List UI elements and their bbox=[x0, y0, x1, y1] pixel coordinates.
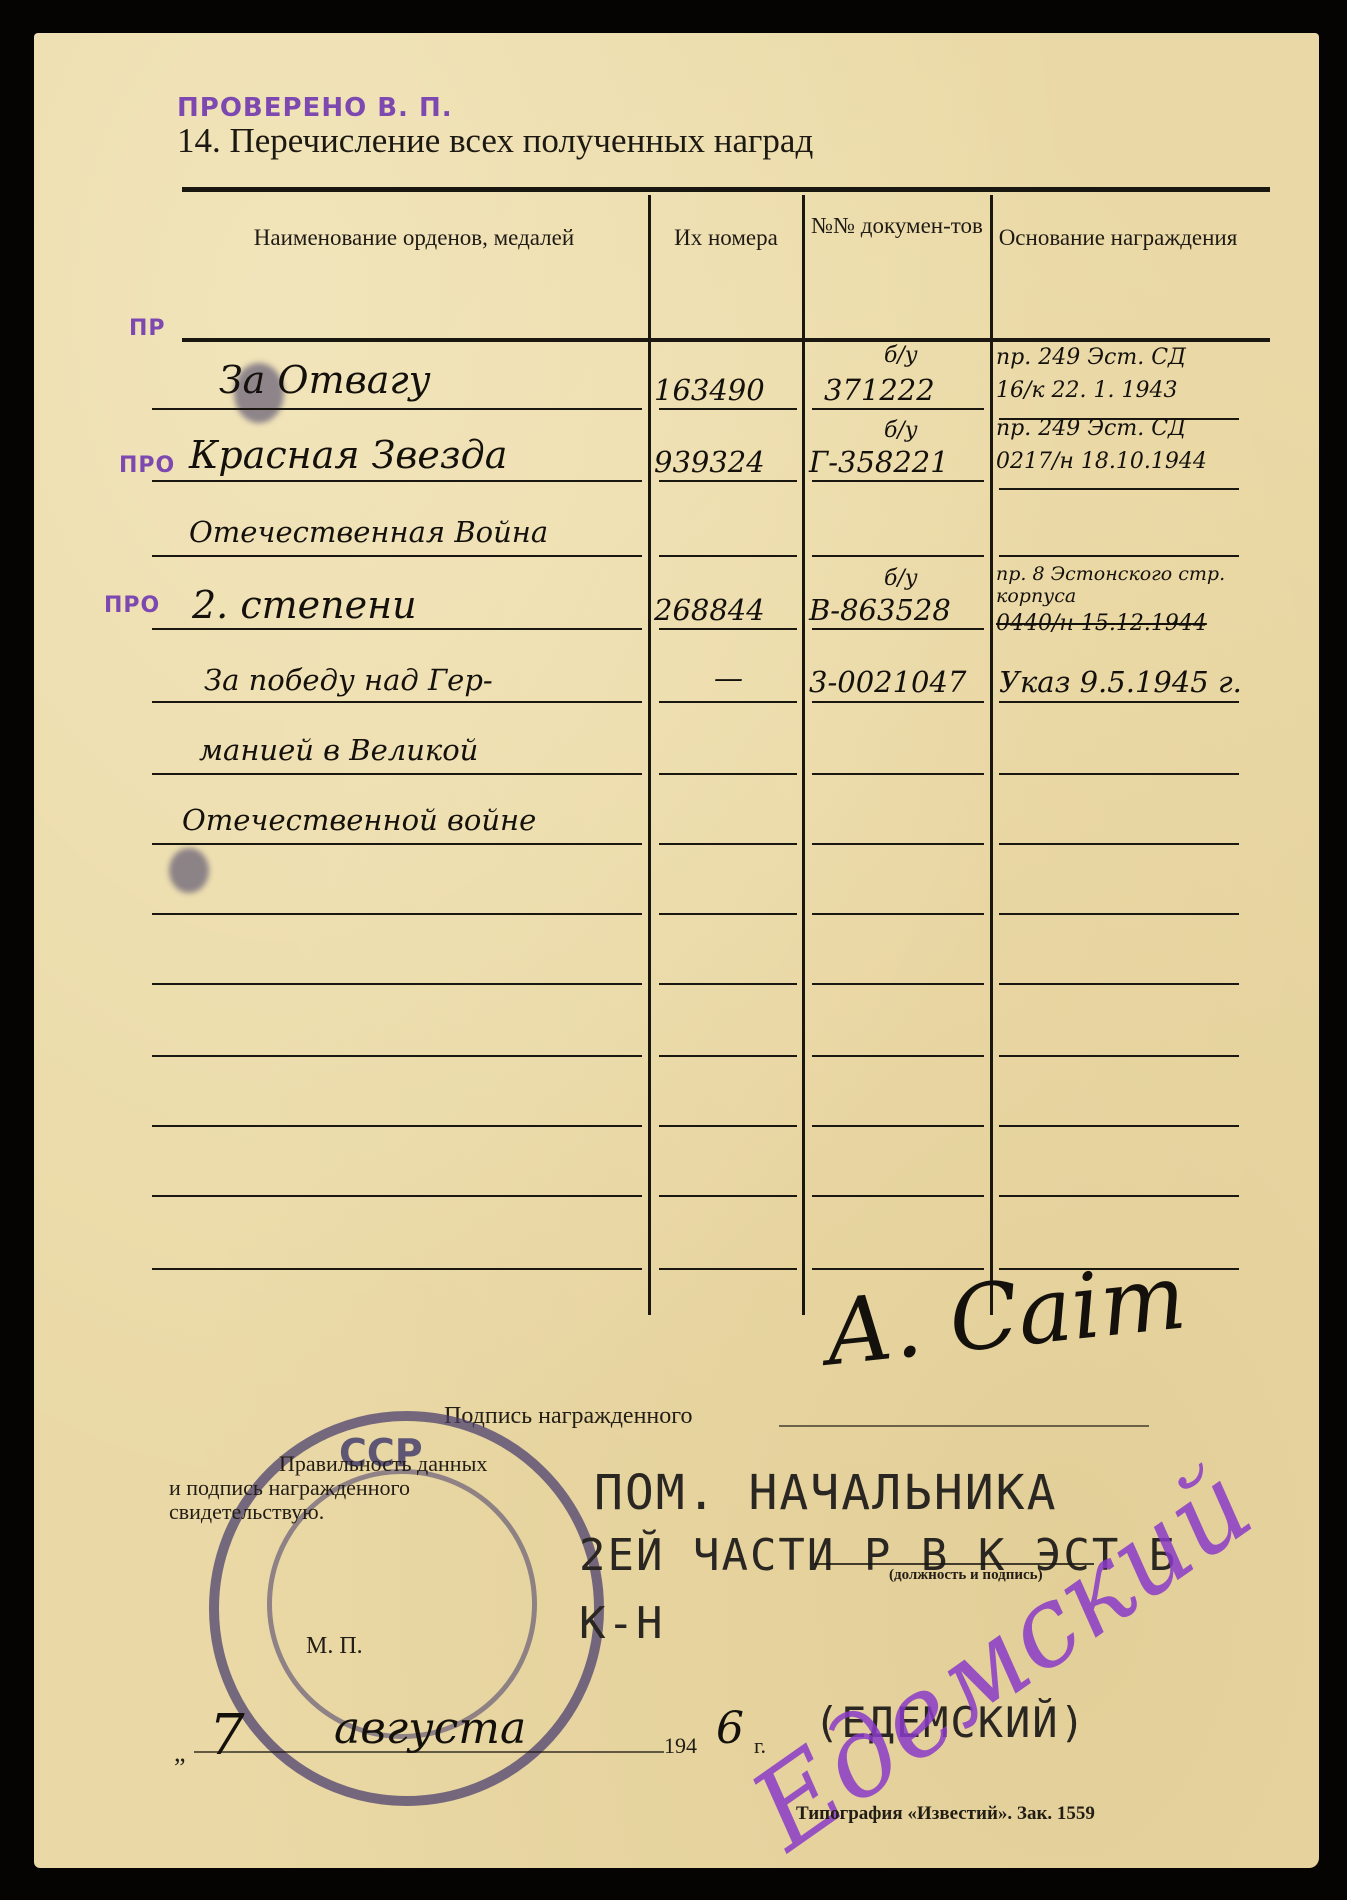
header-award-basis: Основание награждения bbox=[994, 221, 1242, 255]
header-bottom-rule bbox=[182, 338, 1270, 342]
doc-number-cell: Г-358221 bbox=[809, 445, 949, 479]
column-divider-3 bbox=[990, 195, 993, 1315]
award-number-cell: 939324 bbox=[654, 445, 765, 479]
basis-line-2: 0440/н 15.12.1944 bbox=[996, 611, 1207, 636]
award-name-cell: Отечественная Война bbox=[189, 515, 548, 549]
award-number-cell: 163490 bbox=[654, 373, 765, 407]
award-name-cell: За победу над Гер- bbox=[204, 663, 493, 697]
column-divider-1 bbox=[648, 195, 651, 1315]
awardee-signature: А. Саiт bbox=[820, 1244, 1191, 1386]
margin-stamp-3: ПРО bbox=[104, 593, 160, 618]
doc-prefix-cell: б/у bbox=[884, 343, 918, 368]
certify-text-2: и подпись награжденного bbox=[169, 1475, 410, 1501]
header-document-numbers: №№ докумен-тов bbox=[806, 211, 988, 241]
certify-text-3: свидетельствую. bbox=[169, 1499, 324, 1525]
printer-line: Типография «Известий». Зак. 1559 bbox=[796, 1803, 1095, 1825]
header-numbers: Их номера bbox=[652, 221, 800, 255]
basis-line-2: 16/к 22. 1. 1943 bbox=[996, 378, 1178, 403]
seal-caption: М. П. bbox=[306, 1633, 363, 1660]
date-year-unit: г. bbox=[754, 1733, 766, 1759]
award-certificate-page: ПРОВЕРЕНО В. П. 14. Перечисление всех по… bbox=[34, 33, 1319, 1868]
date-year-suffix: 6 bbox=[716, 1703, 744, 1754]
basis-line-1: пр. 249 Эст. СД bbox=[996, 416, 1186, 441]
award-number-cell: 268844 bbox=[654, 593, 765, 627]
doc-number-cell: 371222 bbox=[824, 373, 935, 407]
checked-stamp: ПРОВЕРЕНО В. П. bbox=[177, 93, 453, 123]
doc-number-cell: В-863528 bbox=[809, 593, 951, 627]
table-top-rule bbox=[182, 187, 1270, 192]
section-title: 14. Перечисление всех полученных наград bbox=[177, 121, 813, 161]
date-month: августа bbox=[334, 1703, 526, 1754]
awardee-signature-line bbox=[779, 1425, 1149, 1427]
official-title-3: К-Н bbox=[579, 1598, 664, 1649]
doc-prefix-cell: б/у bbox=[884, 418, 918, 443]
certify-text-1: Правильность данных bbox=[279, 1451, 487, 1477]
basis-line-2: 0217/н 18.10.1944 bbox=[996, 449, 1207, 474]
doc-number-cell: 3-0021047 bbox=[809, 665, 966, 699]
column-divider-2 bbox=[802, 195, 805, 1315]
award-number-cell: — bbox=[714, 661, 743, 695]
official-title-1: ПОМ. НАЧАЛЬНИКА bbox=[594, 1465, 1057, 1521]
award-name-cell: За Отвагу bbox=[219, 358, 431, 402]
doc-prefix-cell: б/у bbox=[884, 566, 918, 591]
date-year-prefix: 194 bbox=[664, 1733, 697, 1759]
basis-line-1: пр. 249 Эст. СД bbox=[996, 345, 1186, 370]
header-award-name: Наименование орденов, медалей bbox=[184, 221, 644, 255]
ink-smudge bbox=[169, 848, 209, 893]
date-open-quote: „ bbox=[174, 1738, 186, 1768]
margin-stamp-1: ПР bbox=[129, 316, 166, 341]
margin-stamp-2: ПРО bbox=[119, 453, 175, 478]
basis-line-1: Указ 9.5.1945 г. bbox=[999, 665, 1242, 699]
basis-line-1: пр. 8 Эстонского стр. корпуса bbox=[996, 563, 1241, 607]
award-name-cell: 2. степени bbox=[192, 583, 417, 627]
date-day: 7 bbox=[209, 1703, 245, 1768]
date-line bbox=[194, 1751, 664, 1753]
award-name-cell: Красная Звезда bbox=[189, 433, 507, 477]
award-name-cell: манией в Великой bbox=[199, 733, 478, 767]
award-name-cell: Отечественной войне bbox=[182, 803, 536, 837]
